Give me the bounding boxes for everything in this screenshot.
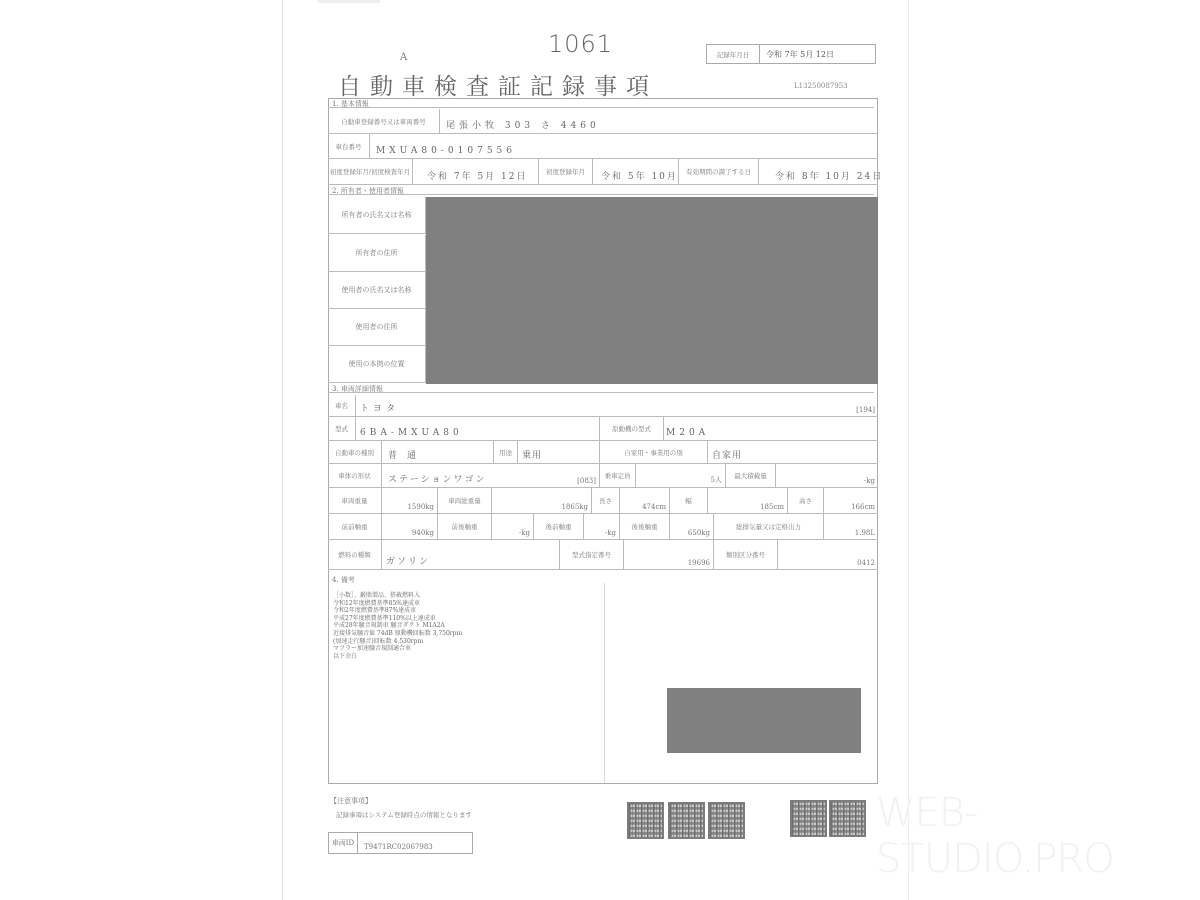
document-number: L13250087953 [794,82,848,90]
model-row: 型式 6BA-MXUA80 原動機の型式 M20A [328,417,878,441]
max-load-value: -kg [864,477,875,485]
document-title: 自動車検査証記録事項 [338,68,658,101]
fuel-row: 燃料の種類 ガソリン 型式指定番号 19696 類別区分番号 0412 [328,540,878,570]
gross-value: 1865kg [561,503,588,511]
fr-axle-label: 前後軸重 [438,514,492,539]
owner-field-label: 所有者の住所 [328,235,426,271]
gross-label: 車両総重量 [438,488,492,513]
owner-field-label: 使用者の氏名又は名称 [328,272,426,308]
fr-axle-value: -kg [519,529,530,537]
first-reg-label: 初度登録年月/初度検査年月 [328,159,413,184]
remarks-divider [604,583,605,783]
remark-line: 令和2年度燃費基準87%達成車 [333,607,462,615]
remark-line: マフラー加速騒音規制適合車 [333,645,462,653]
expiry-value: 令和 8年 10月 24日 [775,169,883,182]
rr-axle-label: 後後軸重 [620,514,670,539]
owner-field-label: 所有者の氏名又は名称 [328,197,426,233]
first-reg-month-value: 令和 5年 10月 [601,169,678,182]
remark-line: ［小数］、鍛脂製品、搭載燃料入 [333,592,462,600]
body-code: [083] [577,477,596,485]
vehicle-id-box: 車両ID T9471RC02067983 [328,832,473,854]
type-approval-value: 19696 [688,559,710,567]
rf-axle-label: 後前軸重 [534,514,584,539]
type-row: 自動車の種別 普通 用途 乗用 自家用・事業用の別 自家用 [328,441,878,464]
fuel-value: ガソリン [386,554,430,567]
width-label: 幅 [670,488,708,513]
copy-mark: A [400,52,407,63]
type-value: 普通 [388,448,426,461]
weight-value: 1590kg [407,503,434,511]
make-label: 車名 [328,395,356,416]
engine-value: M20A [666,428,709,438]
record-date-box: 記録年月日 令和 7年 5月 12日 [706,44,876,64]
weight-row: 車両重量 1590kg 車両総重量 1865kg 長さ 474cm 幅 185c… [328,488,878,514]
type-label: 自動車の種別 [328,441,382,463]
first-reg-value: 令和 7年 5月 12日 [427,169,528,182]
axle-row: 前前軸重 940kg 前後軸重 -kg 後前軸重 -kg 後後軸重 650kg … [328,514,878,540]
qr-code-icon [708,802,745,839]
expiry-label: 有効期間の満了する日 [679,159,759,184]
watermark: WEB-STUDIO.PRO [876,790,1200,882]
model-value: 6BA-MXUA80 [360,428,463,438]
category-label: 類別区分番号 [714,540,778,569]
length-label: 長さ [592,488,620,513]
section1-heading: 1. 基本情報 [328,99,874,108]
registration-row: 自動車登録番号又は車両番号 尾張小牧 303 さ 4460 [328,109,878,134]
page-edge-right [908,0,909,900]
chassis-value: MXUA80-0107556 [376,146,516,156]
length-value: 474cm [642,503,666,511]
category-value: 0412 [857,559,875,567]
record-date-label: 記録年月日 [707,45,760,63]
qr-code-icon [829,800,866,837]
height-label: 高さ [788,488,824,513]
private-value: 自家用 [712,448,742,461]
use-value: 乗用 [522,448,542,461]
capacity-label: 乗車定員 [600,464,636,487]
registration-value: 尾張小牧 303 さ 4460 [446,118,600,131]
body-value: ステーションワゴン [388,472,486,485]
remark-line: 以下余白 [333,653,462,661]
max-load-label: 最大積載量 [726,464,776,487]
section3-heading: 3. 車両詳細情報 [328,384,874,393]
page-edge-left [282,0,283,900]
remark-line: 近接排気騒音値 74dB 原動機回転数 3,750rpm [333,630,462,638]
use-label: 用途 [494,441,518,463]
make-value: トヨタ [360,401,399,414]
make-row: 車名 トヨタ [194] [328,395,878,417]
make-code: [194] [856,406,875,414]
private-label: 自家用・事業用の別 [600,441,708,463]
owner-field-label: 使用者の住所 [328,309,426,345]
handwritten-number: 1061 [548,30,613,58]
weight-label: 車両重量 [328,488,382,513]
model-label: 型式 [328,417,356,440]
displacement-value: 1.98L [855,529,875,537]
qr-code-icon [668,802,705,839]
qr-code-icon [790,800,827,837]
vehicle-id-value: T9471RC02067983 [358,833,433,853]
body-label: 車体の形状 [328,464,382,487]
displacement-label: 総排気量又は定格出力 [714,514,824,539]
first-reg-month-label: 初度登録年月 [539,159,593,184]
record-date-value: 令和 7年 5月 12日 [760,49,875,60]
fuel-label: 燃料の種類 [328,540,382,569]
ff-axle-label: 前前軸重 [328,514,382,539]
stamp-redaction [667,688,861,753]
chassis-label: 車台番号 [328,134,370,158]
rf-axle-value: -kg [605,529,616,537]
page-top-stub [318,0,380,3]
ff-axle-value: 940kg [412,529,434,537]
dates-row: 初度登録年月/初度検査年月 令和 7年 5月 12日 初度登録年月 令和 5年 … [328,159,878,185]
vehicle-id-label: 車両ID [329,833,358,853]
notice-heading: 【注意事項】 [330,796,372,806]
remark-line: 平成28年騒音規制車 騒音ダクト M1A2A [333,622,462,630]
engine-label: 原動機の型式 [600,417,664,440]
owner-field-label: 使用の本拠の位置 [328,346,426,382]
type-approval-label: 型式指定番号 [560,540,624,569]
remarks-list: ［小数］、鍛脂製品、搭載燃料入令和12年度燃費基準85%達成車令和2年度燃費基準… [333,592,462,660]
qr-code-icon [627,802,664,839]
capacity-value: 5人 [711,475,722,485]
section2-heading: 2. 所有者・使用者情報 [328,186,874,195]
section4-heading: 4. 備考 [328,575,874,584]
rr-axle-value: 650kg [688,529,710,537]
body-row: 車体の形状 ステーションワゴン [083] 乗車定員 5人 最大積載量 -kg [328,464,878,488]
notice-text: 記録事項はシステム登録時点の情報となります [336,810,472,819]
chassis-row: 車台番号 MXUA80-0107556 [328,134,878,159]
height-value: 166cm [851,503,875,511]
width-value: 185cm [760,503,784,511]
owner-info-redaction [426,197,878,384]
registration-label: 自動車登録番号又は車両番号 [328,109,440,133]
